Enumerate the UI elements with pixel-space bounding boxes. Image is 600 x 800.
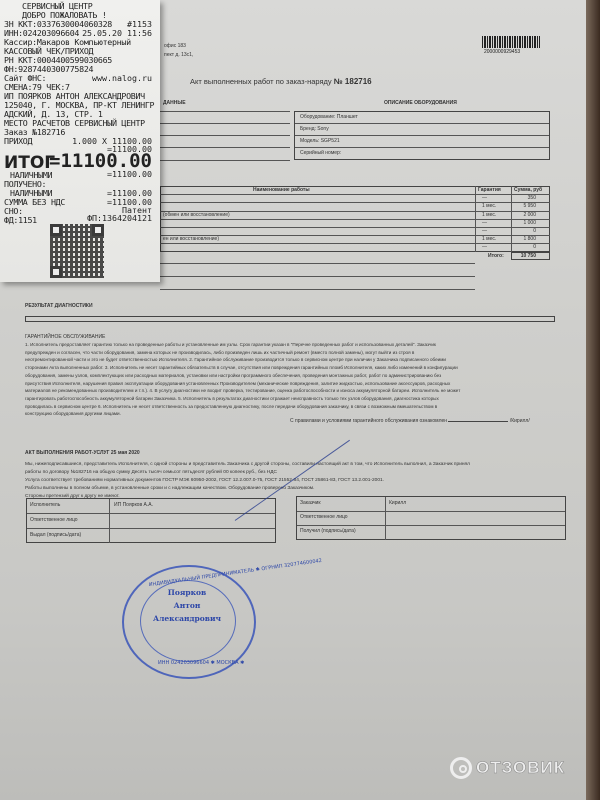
client-section-title: ДАННЫЕ xyxy=(163,100,186,106)
cash-receipt: СЕРВИСНЫЙ ЦЕНТРДОБРО ПОЖАЛОВАТЬ !ЗН ККТ:… xyxy=(0,0,160,282)
act-line: Работы выполнены в полном объеме, в уста… xyxy=(25,486,314,491)
works-header-sum: Сумма, руб xyxy=(514,187,542,193)
executor-value: ИП Поярков А.А. xyxy=(114,502,153,508)
works-total-label: Итого: xyxy=(488,253,504,259)
work-sum: 0 xyxy=(533,244,536,250)
table-edge xyxy=(586,0,600,800)
stamp-name: Антон xyxy=(137,601,237,610)
work-warranty: — xyxy=(482,195,487,201)
blank-line xyxy=(160,289,475,290)
receipt-cash-value: =11100.00 xyxy=(107,170,152,179)
work-name: ен или восстановление) xyxy=(163,236,219,242)
act-line: Услуга соответствует требованиям нормати… xyxy=(25,478,384,483)
warranty-line: гарантировать работоспособность аккумуля… xyxy=(25,396,555,401)
customer-value: Кирилл xyxy=(389,500,406,506)
executor-label: Выдал (подпись/дата) xyxy=(30,532,81,538)
act-line: Мы, нижеподписавшиеся, представитель Исп… xyxy=(25,462,470,467)
diagnostics-field xyxy=(25,316,555,322)
works-header-warranty: Гарантия xyxy=(478,187,501,193)
work-warranty: 1 мес. xyxy=(482,212,496,218)
address-line-1: офис 183 xyxy=(164,43,186,49)
work-sum: 5 950 xyxy=(523,203,536,209)
executor-label: Исполнитель xyxy=(30,502,60,508)
customer-label: Получил (подпись/дата) xyxy=(300,528,356,534)
act-title: АКТ ВЫПОЛНЕНИЯ РАБОТ-УСЛУГ 25 мая 2020 xyxy=(25,450,140,456)
watermark-text: ОТЗОВИК xyxy=(476,758,565,778)
receipt-site: www.nalog.ru xyxy=(92,74,152,83)
warranty-line: конструкцию оборудования другими лицами. xyxy=(25,411,555,416)
client-line xyxy=(160,160,290,161)
warranty-line: предупрежден и согласен, что части обору… xyxy=(25,350,555,355)
work-sum: 1 800 xyxy=(523,236,536,242)
equipment-row: Бренд: Sony xyxy=(300,126,329,132)
acknowledge-name: /Кирилл/ xyxy=(510,418,530,424)
warranty-line: присутствия Исполнителя, нарушения прави… xyxy=(25,381,555,386)
otzovik-watermark: ОТЗОВИК xyxy=(450,757,565,779)
client-line xyxy=(160,111,290,112)
work-sum: 0 xyxy=(533,228,536,234)
warranty-line: сторонами Акта выполненных работ. 3. Исп… xyxy=(25,365,555,370)
blank-line xyxy=(160,263,475,264)
work-sum: 350 xyxy=(528,195,536,201)
work-warranty: — xyxy=(482,228,487,234)
warranty-title: ГАРАНТИЙНОЕ ОБСЛУЖИВАНИЕ xyxy=(25,334,105,340)
order-number: № 182716 xyxy=(334,77,372,86)
warranty-line: неотремонтированной части и это не будет… xyxy=(25,357,555,362)
barcode-number: 2000000929453 xyxy=(484,49,520,55)
receipt-qr-code xyxy=(50,224,104,278)
warranty-line: проводилась в сервисном центре 6. Исполн… xyxy=(25,404,555,409)
barcode xyxy=(482,36,540,48)
act-line: работы по договору №182716 на общую сумм… xyxy=(25,470,277,475)
stamp-surname: Поярков xyxy=(137,588,237,597)
diagnostics-title: РЕЗУЛЬТАТ ДИАГНОСТИКИ xyxy=(25,303,93,309)
work-sum: 2 000 xyxy=(523,212,536,218)
title-text: Акт выполненных работ по заказ-наряду xyxy=(190,77,332,86)
address-line-2: пект д. 13с1, xyxy=(164,52,193,58)
works-total-value: 10 750 xyxy=(521,253,536,259)
works-header-name: Наименование работы xyxy=(253,187,310,193)
blank-line xyxy=(160,276,475,277)
col-divider xyxy=(511,186,512,260)
receipt-datetime: 25.05.20 11:56 xyxy=(82,29,152,38)
row-divider xyxy=(160,219,550,220)
acknowledge-text: С правилами и условиями гарантийного обс… xyxy=(290,418,447,424)
stamp-patronymic: Александрович xyxy=(137,614,237,623)
work-warranty: 1 мес. xyxy=(482,236,496,242)
equipment-section-title: ОПИСАНИЕ ОБОРУДОВАНИЯ xyxy=(384,100,457,106)
executor-label: Ответственное лицо xyxy=(30,517,78,523)
stamp-ring-bottom: ИНН 024203096604 ✱ МОСКВА ✱ xyxy=(158,660,244,666)
row-divider xyxy=(160,243,550,244)
row-divider xyxy=(160,227,550,228)
work-name: (обмен или восстановление) xyxy=(163,212,230,218)
customer-label: Ответственное лицо xyxy=(300,514,348,520)
equipment-row: Оборудование: Планшет xyxy=(300,114,358,120)
receipt-line: ПРИХОД xyxy=(4,137,32,146)
work-warranty: — xyxy=(482,244,487,250)
warranty-line: материалов не рекомендованных производит… xyxy=(25,388,555,393)
warranty-acknowledge: С правилами и условиями гарантийного обс… xyxy=(290,418,530,424)
client-line xyxy=(160,147,290,148)
client-line xyxy=(160,123,290,124)
work-sum: 1 000 xyxy=(523,220,536,226)
warranty-line: оборудования, замены узлов, комплектующи… xyxy=(25,373,555,378)
work-warranty: — xyxy=(482,220,487,226)
equipment-row: Серийный номер: xyxy=(300,150,341,156)
warranty-line: 1. Исполнитель предоставляет гарантию то… xyxy=(25,342,555,347)
receipt-fp: ФП:1364204121 xyxy=(87,214,152,223)
row-divider xyxy=(160,194,550,195)
client-line xyxy=(160,135,290,136)
receipt-fd: ФД:1151 xyxy=(4,216,37,225)
work-warranty: 1 мес. xyxy=(482,203,496,209)
document-title: Акт выполненных работ по заказ-наряду № … xyxy=(190,77,372,86)
otzovik-logo-icon xyxy=(450,757,472,779)
customer-label: Заказчик xyxy=(300,500,321,506)
equipment-row: Модель: SGP521 xyxy=(300,138,340,144)
